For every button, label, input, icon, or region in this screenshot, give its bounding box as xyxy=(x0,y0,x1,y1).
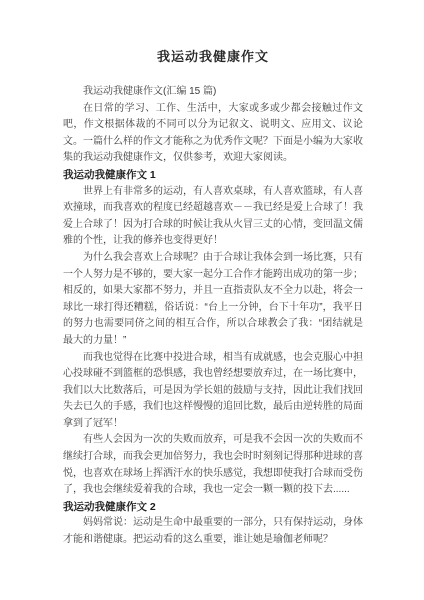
paragraph: 我运动我健康作文(汇编 15 篇) xyxy=(63,84,363,101)
document-page: 我运动我健康作文 我运动我健康作文(汇编 15 篇)在日常的学习、工作、生活中，… xyxy=(0,0,424,600)
paragraph: 而我也觉得在比赛中投进合球，相当有成就感，也会克服心中担心投球碰不到篮框的恐惧感… xyxy=(63,350,363,433)
paragraph: 为什么我会喜欢上合球呢？由于合球让我体会到一场比赛，只有一个人努力是不够的，要大… xyxy=(63,250,363,350)
paragraph: 在日常的学习、工作、生活中，大家或多或少都会接触过作文吧，作文根据体裁的不同可以… xyxy=(63,101,363,167)
section-heading: 我运动我健康作文 2 xyxy=(63,499,363,516)
paragraph: 世界上有非常多的运动，有人喜欢桌球，有人喜欢篮球，有人喜欢撞球，而我喜欢的程度已… xyxy=(63,184,363,250)
document-title: 我运动我健康作文 xyxy=(63,49,363,65)
section-heading: 我运动我健康作文 1 xyxy=(63,167,363,184)
document-body: 我运动我健康作文(汇编 15 篇)在日常的学习、工作、生活中，大家或多或少都会接… xyxy=(63,84,363,549)
paragraph: 有些人会因为一次的失败而放弃，可是我不会因一次的失败而不继续打合球，而我会更加倍… xyxy=(63,432,363,498)
paragraph: 妈妈常说：运动是生命中最重要的一部分，只有保持运动，身体才能和谐健康。把运动看的… xyxy=(63,515,363,548)
